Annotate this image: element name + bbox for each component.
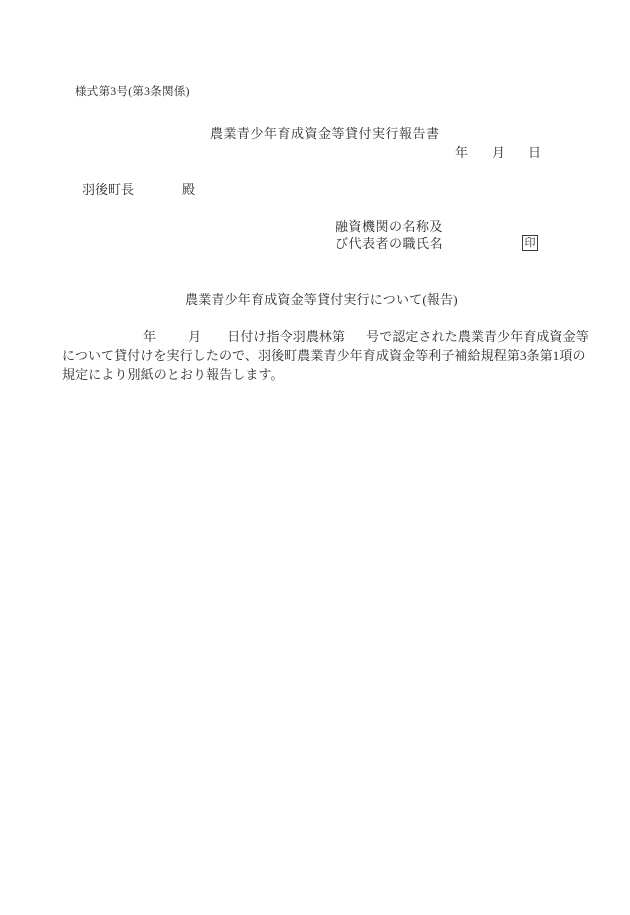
seal-mark: 印 xyxy=(522,235,538,251)
date-year-label: 年 xyxy=(455,145,468,160)
document-title: 農業青少年育成資金等貸付実行報告書 xyxy=(210,123,440,142)
issuer-line-2: び代表者の職氏名 xyxy=(335,236,443,253)
body-number-text: 号で認定された農業青少年育成資金等 xyxy=(366,329,589,344)
date-month-label: 月 xyxy=(492,145,505,160)
addressee-name: 羽後町長 xyxy=(82,182,134,197)
addressee-line: 羽後町長殿 xyxy=(82,179,195,198)
body-line-2: について貸付けを実行したので、羽後町農業青少年育成資金等利子補給規程第3条第1項… xyxy=(62,346,589,365)
date-day-label: 日 xyxy=(528,145,541,160)
body-line-3: 規定により別紙のとおり報告します。 xyxy=(62,365,589,384)
body-line-1: 年月日付け指令羽農林第号で認定された農業青少年育成資金等 xyxy=(62,327,589,346)
body-month-label: 月 xyxy=(188,329,201,344)
body-year-label: 年 xyxy=(143,329,156,344)
body-directive-text: 日付け指令羽農林第 xyxy=(227,329,345,344)
form-number: 様式第3号(第3条関係) xyxy=(75,83,190,99)
date-line: 年月日 xyxy=(455,142,541,161)
document-page: 様式第3号(第3条関係) 農業青少年育成資金等貸付実行報告書 年月日 羽後町長殿… xyxy=(0,0,630,915)
addressee-honorific: 殿 xyxy=(182,182,195,197)
body-paragraph: 年月日付け指令羽農林第号で認定された農業青少年育成資金等 について貸付けを実行し… xyxy=(62,327,589,384)
subject-line: 農業青少年育成資金等貸付実行について(報告) xyxy=(185,289,458,308)
seal-label: 印 xyxy=(525,238,536,249)
issuer-block: 融資機関の名称及 び代表者の職氏名 xyxy=(335,219,443,252)
issuer-line-1: 融資機関の名称及 xyxy=(335,219,443,236)
